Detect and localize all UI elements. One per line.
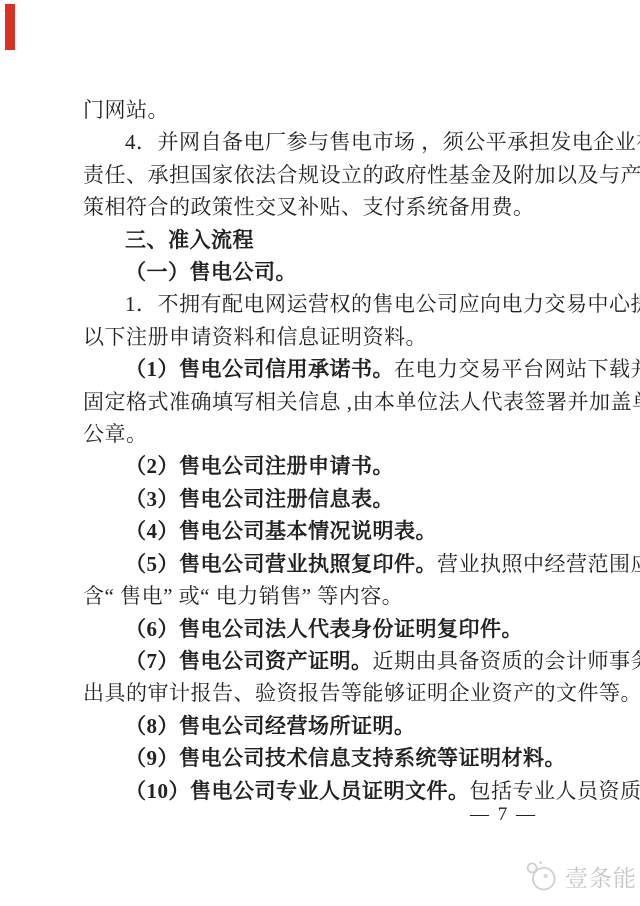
text-segment-bold: （5）售电公司营业执照复印件。 <box>125 552 437 576</box>
document-page: 门网站。4．并网自备电厂参与售电市场 ，须公平承担发电企业社会责任、承担国家依法… <box>0 0 640 906</box>
text-line: （1）售电公司信用承诺书。在电力交易平台网站下载并按 <box>83 353 583 385</box>
text-line: 1．不拥有配电网运营权的售电公司应向电力交易中心提交 <box>83 288 583 320</box>
text-line: （一）售电公司。 <box>83 256 583 288</box>
text-segment-bold: （10）售电公司专业人员证明文件。 <box>125 779 470 803</box>
text-segment: 近期由具备资质的会计师事务所 <box>373 649 640 673</box>
text-segment-bold: （1）售电公司信用承诺书。 <box>125 357 394 381</box>
text-segment-bold: （一）售电公司。 <box>125 260 297 284</box>
text-segment-bold: （6）售电公司法人代表身份证明复印件。 <box>125 617 523 641</box>
text-line: 出具的审计报告、验资报告等能够证明企业资产的文件等。 <box>83 677 583 709</box>
text-segment: 出具的审计报告、验资报告等能够证明企业资产的文件等。 <box>83 681 640 705</box>
page-number: — 7 — <box>470 804 537 826</box>
brand-name: 壹条能 <box>565 860 637 893</box>
text-segment: 在电力交易平台网站下载并按 <box>394 357 640 381</box>
document-body: 门网站。4．并网自备电厂参与售电市场 ，须公平承担发电企业社会责任、承担国家依法… <box>83 94 583 807</box>
text-segment: 包括专业人员资质表、 <box>470 779 640 803</box>
text-segment: 公章。 <box>83 422 148 446</box>
text-segment-bold: （4）售电公司基本情况说明表。 <box>125 519 437 543</box>
text-segment: 含“ 售电” 或“ 电力销售” 等内容。 <box>83 584 403 608</box>
text-segment: 责任、承担国家依法合规设立的政府性基金及附加以及与产业政 <box>83 163 640 187</box>
text-segment-bold: （9）售电公司技术信息支持系统等证明材料。 <box>125 746 566 770</box>
red-accent-bar <box>5 4 15 50</box>
text-segment: 以下注册申请资料和信息证明资料。 <box>83 325 427 349</box>
text-line: 固定格式准确填写相关信息 ,由本单位法人代表签署并加盖单位 <box>83 386 583 418</box>
text-segment-bold: （8）售电公司经营场所证明。 <box>125 714 416 738</box>
text-segment-bold: （3）售电公司注册信息表。 <box>125 487 394 511</box>
text-segment: 固定格式准确填写相关信息 ,由本单位法人代表签署并加盖单位 <box>83 390 640 414</box>
text-line: （6）售电公司法人代表身份证明复印件。 <box>83 613 583 645</box>
brand-mascot-icon <box>524 858 560 894</box>
text-line: （4）售电公司基本情况说明表。 <box>83 515 583 547</box>
text-segment: 策相符合的政策性交叉补贴、支付系统备用费。 <box>83 195 535 219</box>
brand-watermark: 壹条能 <box>524 858 637 894</box>
text-line: （10）售电公司专业人员证明文件。包括专业人员资质表、 <box>83 775 583 807</box>
text-segment-bold: （7）售电公司资产证明。 <box>125 649 373 673</box>
text-segment: 门网站。 <box>83 98 169 122</box>
text-segment: 4．并网自备电厂参与售电市场 ，须公平承担发电企业社会 <box>125 130 640 154</box>
text-line: 含“ 售电” 或“ 电力销售” 等内容。 <box>83 580 583 612</box>
text-segment: 1．不拥有配电网运营权的售电公司应向电力交易中心提交 <box>125 292 640 316</box>
text-line: （2）售电公司注册申请书。 <box>83 450 583 482</box>
text-segment-bold: 三、准入流程 <box>125 228 254 252</box>
text-line: 责任、承担国家依法合规设立的政府性基金及附加以及与产业政 <box>83 159 583 191</box>
text-line: （5）售电公司营业执照复印件。营业执照中经营范围应包 <box>83 548 583 580</box>
text-segment-bold: （2）售电公司注册申请书。 <box>125 454 394 478</box>
text-line: 策相符合的政策性交叉补贴、支付系统备用费。 <box>83 191 583 223</box>
text-segment: 营业执照中经营范围应包 <box>437 552 640 576</box>
text-line: （8）售电公司经营场所证明。 <box>83 710 583 742</box>
text-line: （7）售电公司资产证明。近期由具备资质的会计师事务所 <box>83 645 583 677</box>
text-line: 公章。 <box>83 418 583 450</box>
text-line: （3）售电公司注册信息表。 <box>83 483 583 515</box>
text-line: 以下注册申请资料和信息证明资料。 <box>83 321 583 353</box>
text-line: （9）售电公司技术信息支持系统等证明材料。 <box>83 742 583 774</box>
text-line: 4．并网自备电厂参与售电市场 ，须公平承担发电企业社会 <box>83 126 583 158</box>
text-line: 三、准入流程 <box>83 224 583 256</box>
text-line: 门网站。 <box>83 94 583 126</box>
